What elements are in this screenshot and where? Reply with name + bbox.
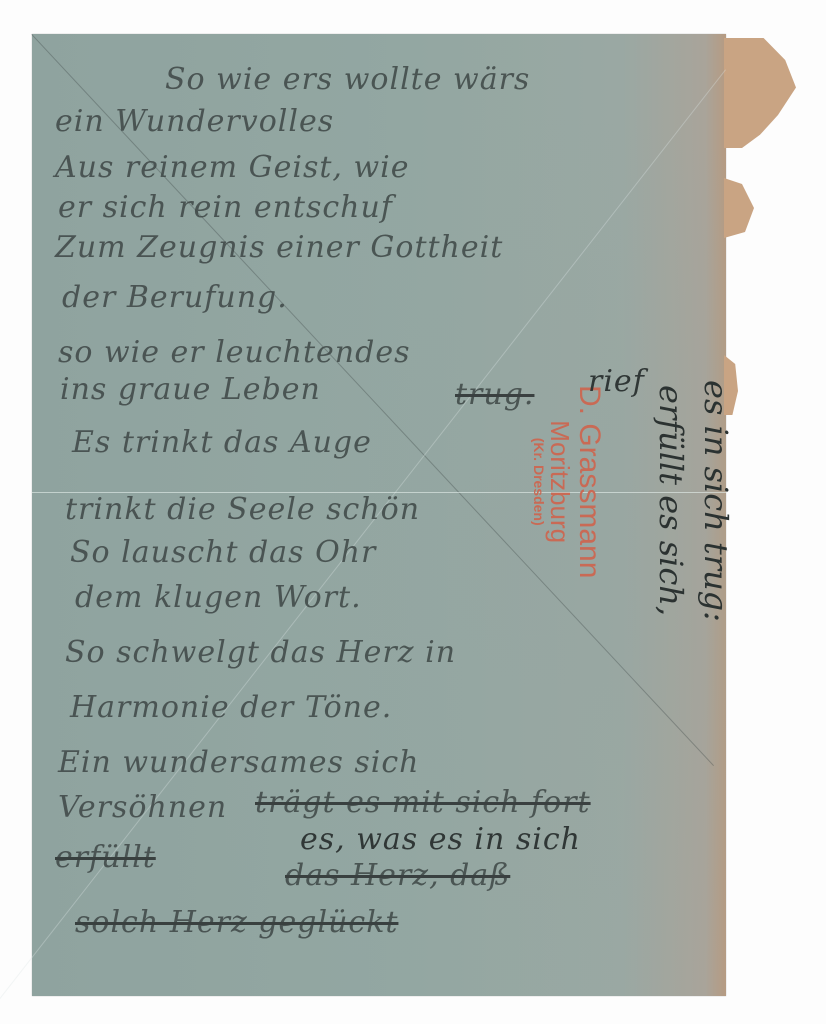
stamp-town: Moritzburg	[546, 385, 573, 578]
handwritten-line: der Berufung.	[62, 280, 288, 315]
handwritten-line: dem klugen Wort.	[75, 580, 362, 615]
handwritten-line: Aus reinem Geist, wie	[55, 150, 410, 185]
handwritten-line: Versöhnen	[58, 790, 227, 825]
vertical-margin-note: es in sich trug:	[697, 380, 735, 622]
handwritten-line: trinkt die Seele schön	[65, 492, 420, 527]
handwritten-line: So schwelgt das Herz in	[65, 635, 456, 670]
handwritten-line: Ein wundersames sich	[58, 745, 420, 780]
handwritten-insertion: es, was es in sich	[300, 822, 581, 857]
handwritten-line: Zum Zeugnis einer Gottheit	[55, 230, 503, 265]
handwritten-line: Harmonie der Töne.	[70, 690, 392, 725]
handwritten-line: So lauscht das Ohr	[70, 535, 376, 570]
struck-line: solch Herz geglückt	[75, 905, 398, 940]
handwritten-insertion: rief	[588, 364, 645, 399]
stamp-name: D. Grassmann	[574, 385, 606, 578]
handwritten-line: So wie ers wollte wärs	[165, 62, 530, 97]
sender-stamp: D. Grassmann Moritzburg (Kr. Dresden)	[532, 385, 605, 578]
struck-word: trug.	[455, 377, 534, 412]
torn-edge	[724, 38, 796, 148]
handwritten-line: er sich rein entschuf	[58, 190, 393, 225]
stamp-district: (Kr. Dresden)	[532, 385, 547, 578]
handwritten-line: ein Wundervolles	[55, 104, 334, 139]
struck-line: trägt es mit sich fort	[255, 785, 591, 820]
handwritten-line: so wie er leuchtendes	[58, 335, 410, 370]
handwritten-line: Es trinkt das Auge	[72, 425, 372, 460]
struck-word: erfüllt	[55, 840, 156, 875]
struck-line: das Herz, daß	[285, 858, 510, 893]
torn-edge	[724, 178, 754, 238]
vertical-margin-note: erfüllt es sich,	[652, 385, 690, 616]
handwritten-line: ins graue Leben	[60, 372, 321, 407]
